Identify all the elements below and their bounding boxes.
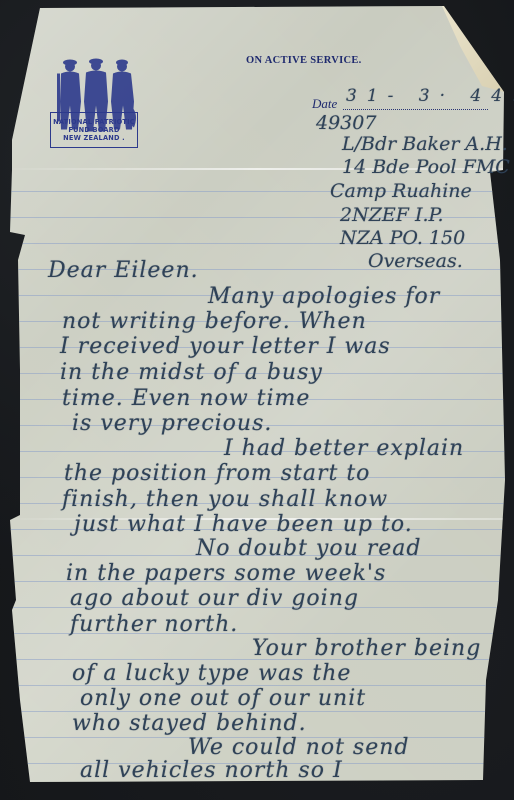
address-line: 14 Bde Pool FMC <box>342 156 510 178</box>
letter-line: Your brother being <box>252 636 481 661</box>
organization-stamp: NATIONAL PATRIOTIC FUND BOARD NEW ZEALAN… <box>50 112 138 148</box>
letter-line: just what I have been up to. <box>74 512 413 537</box>
letter-line: of a lucky type was the <box>72 661 351 686</box>
salutation: Dear Eileen. <box>48 258 199 283</box>
letter-line: I received your letter I was <box>60 334 391 359</box>
organization-line: NEW ZEALAND . <box>63 134 125 142</box>
date-dotted-line <box>343 109 488 110</box>
service-number: 49307 <box>316 112 376 134</box>
letter-line: time. Even now time <box>62 386 310 411</box>
date-label: Date <box>312 96 337 112</box>
letter-line: We could not send <box>188 735 410 760</box>
letter-line: finish, then you shall know <box>62 487 388 512</box>
address-line: 2NZEF I.P. <box>340 204 444 226</box>
letter-line: No doubt you read <box>196 536 421 561</box>
letter-line: in the midst of a busy <box>60 360 323 385</box>
letter-line: not writing before. When <box>62 309 367 334</box>
letter-line: further north. <box>70 612 238 637</box>
date-value: 31- 3· 44. <box>346 86 514 106</box>
active-service-header: ON ACTIVE SERVICE. <box>246 55 362 66</box>
address-line: Overseas. <box>368 250 463 272</box>
letter-line: ago about our div going <box>70 586 359 611</box>
letter-line: all vehicles north so I <box>80 758 343 783</box>
letter-line: who stayed behind. <box>72 711 307 736</box>
letter-line: only one out of our unit <box>80 686 366 711</box>
organization-line: FUND BOARD <box>68 126 119 134</box>
letter-line: Many apologies for <box>208 284 440 309</box>
organization-line: NATIONAL PATRIOTIC <box>53 118 135 126</box>
address-line: NZA PO. 150 <box>340 227 465 249</box>
letter-line: is very precious. <box>72 411 272 436</box>
letter-line: the position from start to <box>64 461 370 486</box>
address-line: L/Bdr Baker A.H. <box>342 133 508 155</box>
letter-line: in the papers some week's <box>66 561 386 586</box>
address-line: Camp Ruahine <box>330 180 472 202</box>
letter-line: I had better explain <box>224 436 464 461</box>
